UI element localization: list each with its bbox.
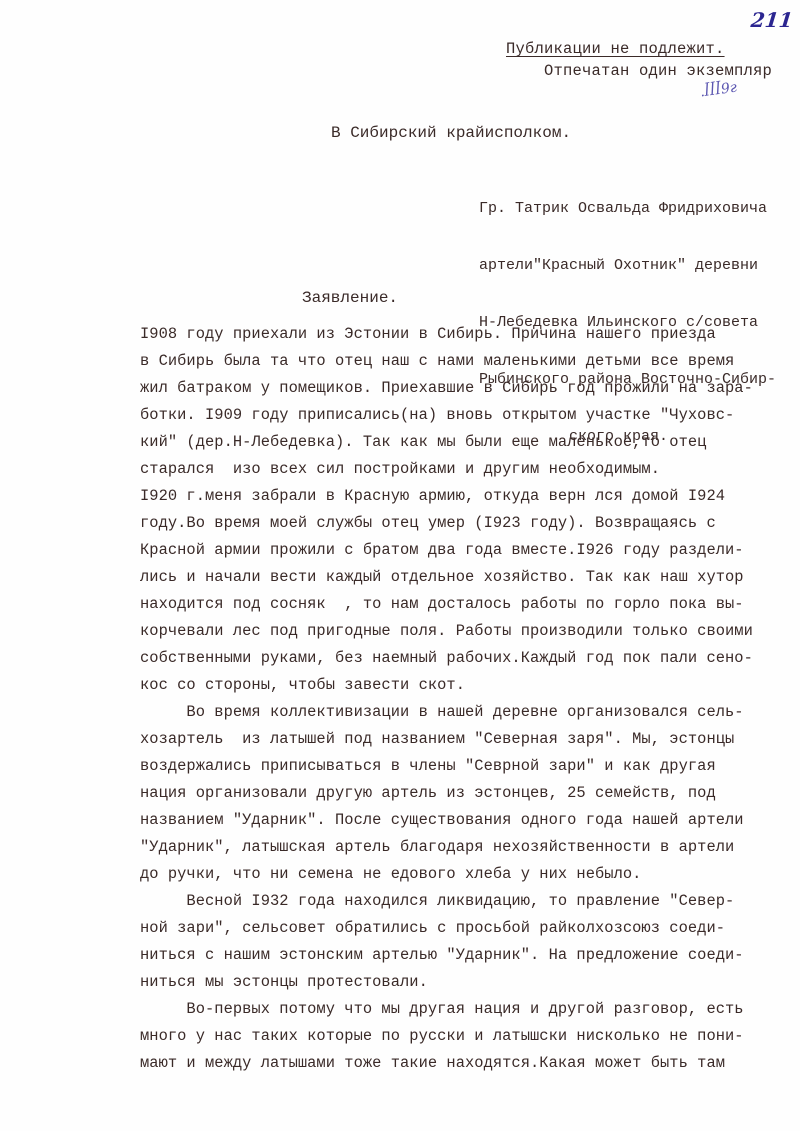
- document-page: 211 Публикации не подлежит. Отпечатан од…: [0, 0, 800, 1131]
- body-line: воздержались приписываться в члены "Севр…: [140, 753, 800, 780]
- no-publish-notice: Публикации не подлежит.: [506, 40, 725, 58]
- body-line: много у нас таких которые по русски и ла…: [140, 1023, 800, 1050]
- body-line: собственными руками, без наемный рабочих…: [140, 645, 800, 672]
- body-line: I920 г.меня забрали в Красную армию, отк…: [140, 483, 800, 510]
- body-line: Красной армии прожили с братом два года …: [140, 537, 800, 564]
- body-line: ниться с нашим эстонским артелью "Ударни…: [140, 942, 800, 969]
- body-line: в Сибирь была та что отец наш с нами мал…: [140, 348, 800, 375]
- body-line: ной зари", сельсовет обратились с просьб…: [140, 915, 800, 942]
- body-line: кий" (дер.Н-Лебедевка). Так как мы были …: [140, 429, 800, 456]
- sender-line: Гр. Татрик Освальда Фридриховича: [479, 199, 776, 218]
- body-line: хозартель из латышей под названием "Севе…: [140, 726, 800, 753]
- addressee: В Сибирский крайисполком.: [331, 124, 571, 142]
- body-line: I908 году приехали из Эстонии в Сибирь. …: [140, 321, 800, 348]
- body-line: мают и между латышами тоже такие находят…: [140, 1050, 800, 1077]
- body-line: "Ударник", латышская артель благодаря не…: [140, 834, 800, 861]
- document-title: Заявление.: [302, 289, 398, 307]
- body-line: Во время коллективизации в нашей деревне…: [140, 699, 800, 726]
- body-line: лись и начали вести каждый отдельное хоз…: [140, 564, 800, 591]
- body-line: году.Во время моей службы отец умер (I92…: [140, 510, 800, 537]
- body-line: Во-первых потому что мы другая нация и д…: [140, 996, 800, 1023]
- body-line: нация организовали другую артель из эсто…: [140, 780, 800, 807]
- body-line: названием "Ударник". После существования…: [140, 807, 800, 834]
- body-line: ботки. I909 году приписались(на) вновь о…: [140, 402, 800, 429]
- body-line: находится под сосняк , то нам досталось …: [140, 591, 800, 618]
- body-line: корчевали лес под пригодные поля. Работы…: [140, 618, 800, 645]
- body-line: кос со стороны, чтобы завести скот.: [140, 672, 800, 699]
- body-line: Весной I932 года находился ликвидацию, т…: [140, 888, 800, 915]
- statement-body: I908 году приехали из Эстонии в Сибирь. …: [140, 321, 800, 1077]
- body-line: старался изо всех сил постройками и друг…: [140, 456, 800, 483]
- archive-page-number: 211: [750, 8, 794, 32]
- single-copy-notice: Отпечатан один экземпляр: [544, 62, 772, 80]
- sender-line: артели"Красный Охотник" деревни: [479, 256, 776, 275]
- handwritten-signature: .ꟾꟾꟾ9г: [699, 80, 738, 101]
- body-line: до ручки, что ни семена не едового хлеба…: [140, 861, 800, 888]
- body-line: жил батраком у помещиков. Приехавшие в С…: [140, 375, 800, 402]
- body-line: ниться мы эстонцы протестовали.: [140, 969, 800, 996]
